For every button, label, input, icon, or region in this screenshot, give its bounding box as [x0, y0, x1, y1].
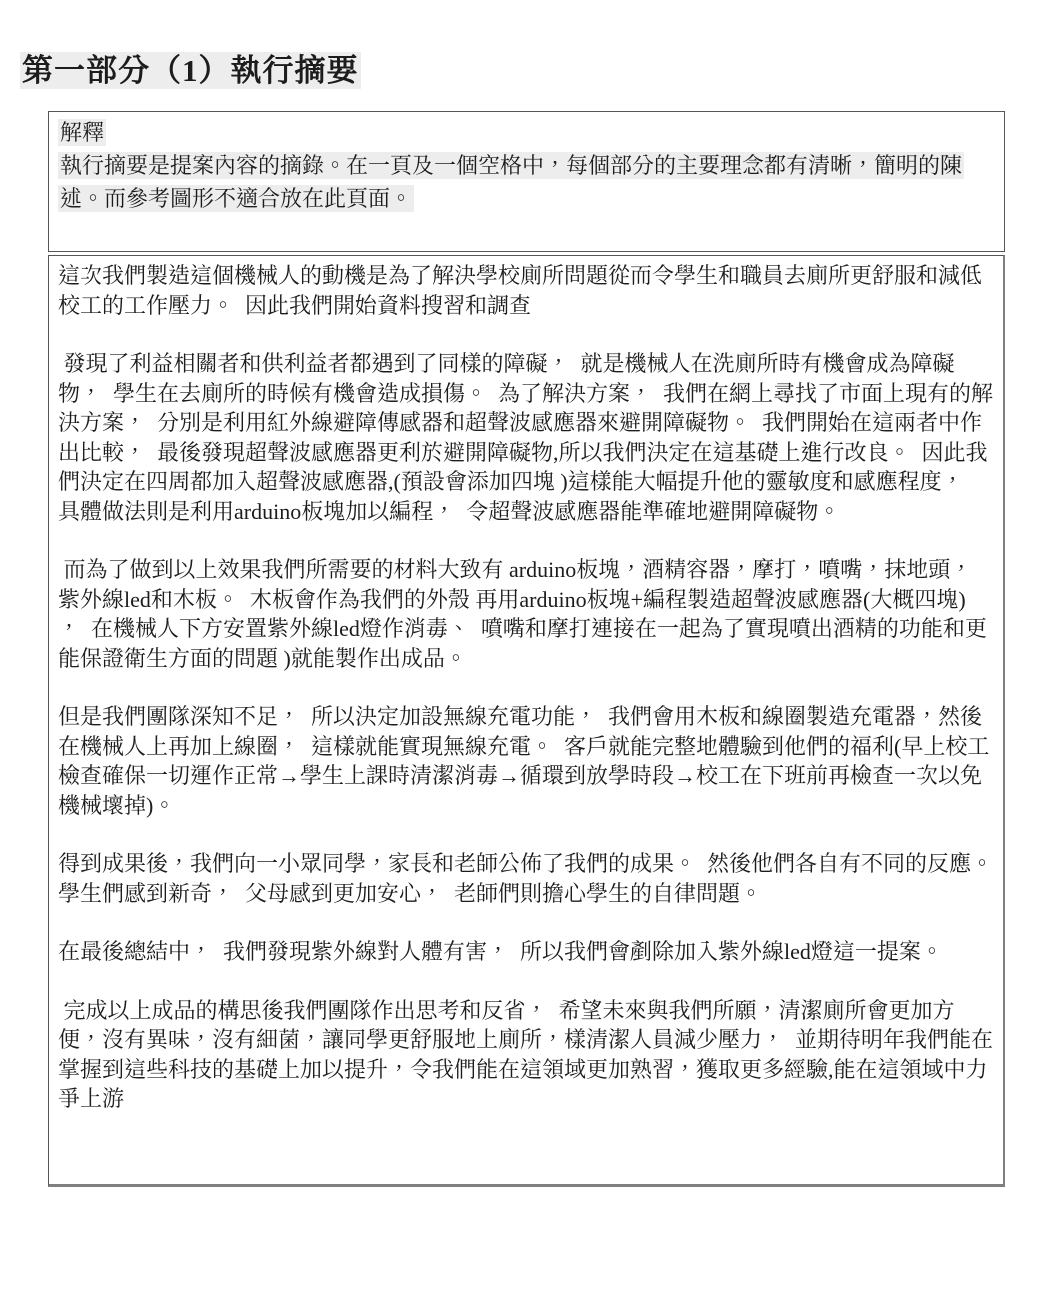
document-page: 第一部分（1）執行摘要 解釋 執行摘要是提案內容的摘錄。在一頁及一個空格中，每個…: [0, 0, 1043, 1305]
explanation-box: 解釋 執行摘要是提案內容的摘錄。在一頁及一個空格中，每個部分的主要理念都有清晰，…: [48, 111, 1005, 252]
explanation-body-row: 執行摘要是提案內容的摘錄。在一頁及一個空格中，每個部分的主要理念都有清晰，簡明的…: [58, 149, 995, 215]
explanation-label-row: 解釋: [58, 116, 995, 149]
page-title: 第一部分（1）執行摘要: [20, 50, 1043, 92]
explanation-label: 解釋: [58, 119, 106, 146]
page-title-text: 第一部分（1）執行摘要: [20, 52, 361, 89]
summary-paragraph-feedback: 得到成果後，我們向一小眾同學，家長和老師公佈了我們的成果。 然後他們各自有不同的…: [58, 849, 993, 908]
summary-paragraph-conclusion: 在最後總結中， 我們發現紫外線對人體有害， 所以我們會剷除加入紫外線led燈這一…: [58, 937, 993, 967]
executive-summary-box: 這次我們製造這個機械人的動機是為了解決學校廁所問題從而令學生和職員去廁所更舒服和…: [48, 255, 1005, 1187]
explanation-body-text: 執行摘要是提案內容的摘錄。在一頁及一個空格中，每個部分的主要理念都有清晰，簡明的…: [58, 152, 964, 212]
summary-paragraph-wireless-charging: 但是我們團隊深知不足， 所以決定加設無線充電功能， 我們會用木板和線圈製造充電器…: [58, 702, 993, 820]
summary-paragraph-materials: 而為了做到以上效果我們所需要的材料大致有 arduino板塊，酒精容器，摩打，噴…: [58, 555, 993, 673]
summary-paragraph-reflection: 完成以上成品的構思後我們團隊作出思考和反省， 希望未來與我們所願，清潔廁所會更加…: [58, 996, 993, 1114]
summary-paragraph-research: 發現了利益相關者和供利益者都遇到了同樣的障礙， 就是機械人在洗廁所時有機會成為障…: [58, 349, 993, 526]
summary-paragraph-motivation: 這次我們製造這個機械人的動機是為了解決學校廁所問題從而令學生和職員去廁所更舒服和…: [58, 261, 993, 320]
